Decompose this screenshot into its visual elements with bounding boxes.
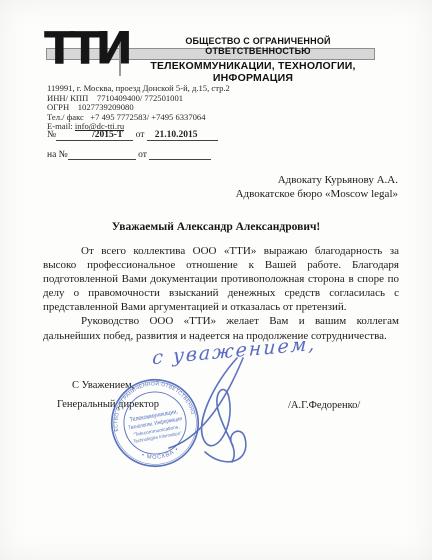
ref-date-value: 21.10.2015: [155, 130, 198, 141]
ref-number-value: /2015-Т: [92, 130, 123, 141]
director-signature-icon: [163, 352, 275, 470]
ref-date-label: от: [136, 130, 145, 140]
company-type-line: ОБЩЕСТВО С ОГРАНИЧЕННОЙ ОТВЕТСТВЕННОСТЬЮ: [142, 36, 374, 56]
outgoing-ref-line: №/2015-Т от 21.10.2015: [47, 130, 218, 141]
incoming-ref-label: на №: [47, 150, 68, 160]
incoming-date-blank: [149, 150, 211, 160]
ref-blank-3: [147, 131, 155, 141]
ref-blank-4: [198, 131, 218, 141]
salutation: Уважаемый Александр Александрович!: [0, 221, 432, 233]
contact-block: 119991, г. Москва, проезд Донской 5-й, д…: [47, 84, 230, 132]
addressee-block: Адвокату Курьянову А.А. Адвокатское бюро…: [236, 174, 398, 201]
body-paragraph-1: От всего коллектива ООО «ТТИ» выражаю бл…: [43, 244, 399, 314]
body-paragraph-2: Руководство ООО «ТТИ» желает Вам и вашим…: [43, 314, 399, 342]
company-logo: ТТИ: [44, 26, 128, 71]
company-name-line: ТЕЛЕКОММУНИКАЦИИ, ТЕХНОЛОГИИ, ИНФОРМАЦИЯ: [130, 60, 376, 84]
ref-number-label: №: [47, 130, 56, 140]
incoming-ref-blank: [68, 150, 136, 160]
ref-number-blank: [56, 131, 92, 141]
signer-name: /А.Г.Федоренко/: [288, 400, 360, 411]
addressee-name: Адвокату Курьянову А.А.: [236, 174, 398, 188]
addressee-org: Адвокатское бюро «Moscow legal»: [236, 188, 398, 202]
letter-body: От всего коллектива ООО «ТТИ» выражаю бл…: [43, 244, 399, 343]
ref-blank-2: [123, 131, 133, 141]
scanned-letter: ТТИ ОБЩЕСТВО С ОГРАНИЧЕННОЙ ОТВЕТСТВЕННО…: [0, 0, 432, 560]
incoming-date-label: от: [138, 150, 147, 160]
incoming-ref-line: на № от: [47, 150, 211, 160]
